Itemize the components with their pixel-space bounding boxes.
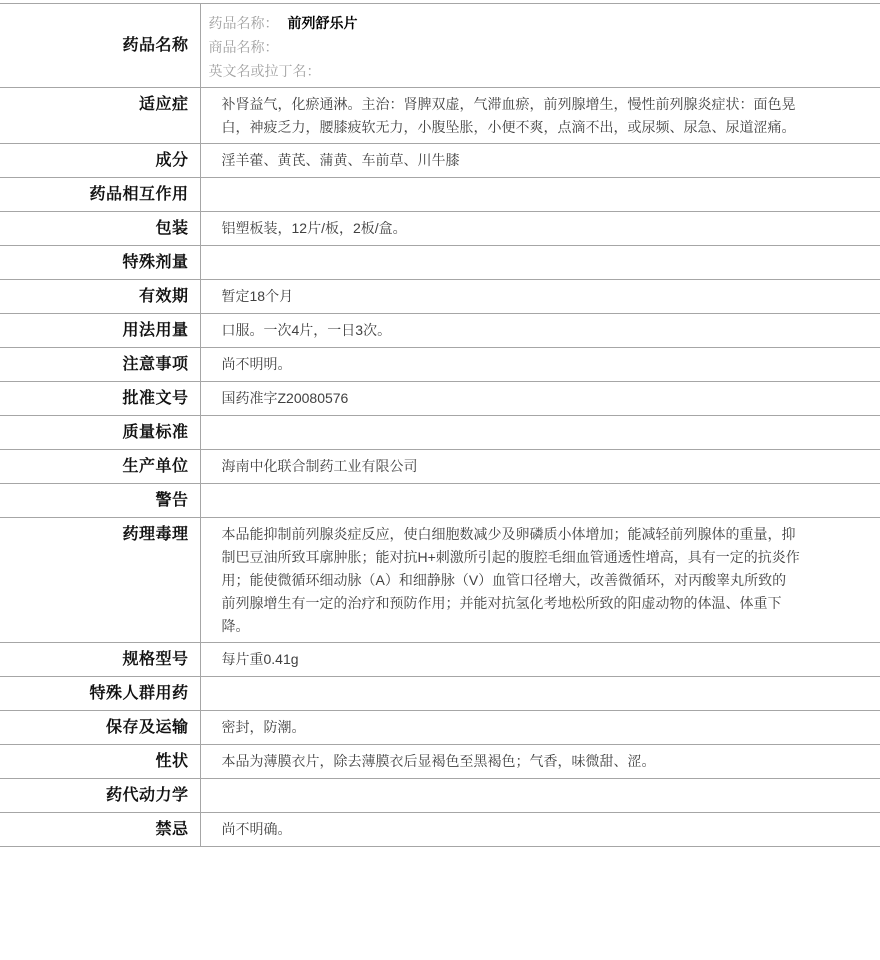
label-storage-transport: 保存及运输 xyxy=(0,711,200,745)
content-properties: 本品为薄膜衣片，除去薄膜衣后显褐色至黑褐色；气香，味微甜、涩。 xyxy=(200,745,880,779)
row-special-dosage: 特殊剂量 xyxy=(0,246,880,280)
row-ingredients: 成分 淫羊藿、黄芪、蒲黄、车前草、川牛膝 xyxy=(0,144,880,178)
row-manufacturer: 生产单位 海南中化联合制药工业有限公司 xyxy=(0,450,880,484)
label-specification: 规格型号 xyxy=(0,643,200,677)
row-storage-transport: 保存及运输 密封，防潮。 xyxy=(0,711,880,745)
row-packaging: 包装 铝塑板装，12片/板，2板/盒。 xyxy=(0,212,880,246)
content-precautions: 尚不明明。 xyxy=(200,348,880,382)
content-drug-interactions xyxy=(200,178,880,212)
content-quality-standard xyxy=(200,416,880,450)
subrow-trade-name: 商品名称： xyxy=(209,35,801,59)
content-pharmacokinetics xyxy=(200,779,880,813)
content-contraindications: 尚不明确。 xyxy=(200,813,880,847)
content-specification: 每片重0.41g xyxy=(200,643,880,677)
label-manufacturer: 生产单位 xyxy=(0,450,200,484)
label-contraindications: 禁忌 xyxy=(0,813,200,847)
row-precautions: 注意事项 尚不明明。 xyxy=(0,348,880,382)
row-drug-interactions: 药品相互作用 xyxy=(0,178,880,212)
label-precautions: 注意事项 xyxy=(0,348,200,382)
row-properties: 性状 本品为薄膜衣片，除去薄膜衣后显褐色至黑褐色；气香，味微甜、涩。 xyxy=(0,745,880,779)
row-shelf-life: 有效期 暂定18个月 xyxy=(0,280,880,314)
label-dosage-usage: 用法用量 xyxy=(0,314,200,348)
generic-name-value: 前列舒乐片 xyxy=(288,15,358,31)
content-manufacturer: 海南中化联合制药工业有限公司 xyxy=(200,450,880,484)
row-drug-name: 药品名称 药品名称：前列舒乐片 商品名称： 英文名或拉丁名： xyxy=(0,4,880,88)
content-warning xyxy=(200,484,880,518)
label-pharmacokinetics: 药代动力学 xyxy=(0,779,200,813)
label-shelf-life: 有效期 xyxy=(0,280,200,314)
content-packaging: 铝塑板装，12片/板，2板/盒。 xyxy=(200,212,880,246)
content-special-populations xyxy=(200,677,880,711)
label-special-dosage: 特殊剂量 xyxy=(0,246,200,280)
content-shelf-life: 暂定18个月 xyxy=(200,280,880,314)
label-ingredients: 成分 xyxy=(0,144,200,178)
generic-name-sublabel: 药品名称： xyxy=(209,15,279,31)
row-dosage-usage: 用法用量 口服。一次4片，一日3次。 xyxy=(0,314,880,348)
label-properties: 性状 xyxy=(0,745,200,779)
label-drug-interactions: 药品相互作用 xyxy=(0,178,200,212)
row-specification: 规格型号 每片重0.41g xyxy=(0,643,880,677)
label-indications: 适应症 xyxy=(0,88,200,144)
row-pharmacology-toxicology: 药理毒理 本品能抑制前列腺炎症反应，使白细胞数减少及卵磷质小体增加；能减轻前列腺… xyxy=(0,518,880,643)
label-special-populations: 特殊人群用药 xyxy=(0,677,200,711)
content-indications: 补肾益气，化瘀通淋。主治：肾脾双虚，气滞血瘀，前列腺增生，慢性前列腺炎症状：面色… xyxy=(200,88,880,144)
row-quality-standard: 质量标准 xyxy=(0,416,880,450)
content-special-dosage xyxy=(200,246,880,280)
label-packaging: 包装 xyxy=(0,212,200,246)
row-indications: 适应症 补肾益气，化瘀通淋。主治：肾脾双虚，气滞血瘀，前列腺增生，慢性前列腺炎症… xyxy=(0,88,880,144)
drug-info-table: 药品名称 药品名称：前列舒乐片 商品名称： 英文名或拉丁名： 适应症 补肾益气，… xyxy=(0,3,880,847)
content-ingredients: 淫羊藿、黄芪、蒲黄、车前草、川牛膝 xyxy=(200,144,880,178)
label-approval-number: 批准文号 xyxy=(0,382,200,416)
trade-name-sublabel: 商品名称： xyxy=(209,39,279,55)
subrow-latin-name: 英文名或拉丁名： xyxy=(209,59,801,83)
content-drug-name: 药品名称：前列舒乐片 商品名称： 英文名或拉丁名： xyxy=(200,4,880,88)
row-contraindications: 禁忌 尚不明确。 xyxy=(0,813,880,847)
row-approval-number: 批准文号 国药准字Z20080576 xyxy=(0,382,880,416)
row-warning: 警告 xyxy=(0,484,880,518)
subrow-generic-name: 药品名称：前列舒乐片 xyxy=(209,11,801,35)
latin-name-sublabel: 英文名或拉丁名： xyxy=(209,63,321,79)
content-approval-number: 国药准字Z20080576 xyxy=(200,382,880,416)
label-quality-standard: 质量标准 xyxy=(0,416,200,450)
content-dosage-usage: 口服。一次4片，一日3次。 xyxy=(200,314,880,348)
label-drug-name: 药品名称 xyxy=(0,4,200,88)
label-pharmacology-toxicology: 药理毒理 xyxy=(0,518,200,643)
content-storage-transport: 密封，防潮。 xyxy=(200,711,880,745)
content-pharmacology-toxicology: 本品能抑制前列腺炎症反应，使白细胞数减少及卵磷质小体增加；能减轻前列腺体的重量，… xyxy=(200,518,880,643)
row-pharmacokinetics: 药代动力学 xyxy=(0,779,880,813)
label-warning: 警告 xyxy=(0,484,200,518)
row-special-populations: 特殊人群用药 xyxy=(0,677,880,711)
